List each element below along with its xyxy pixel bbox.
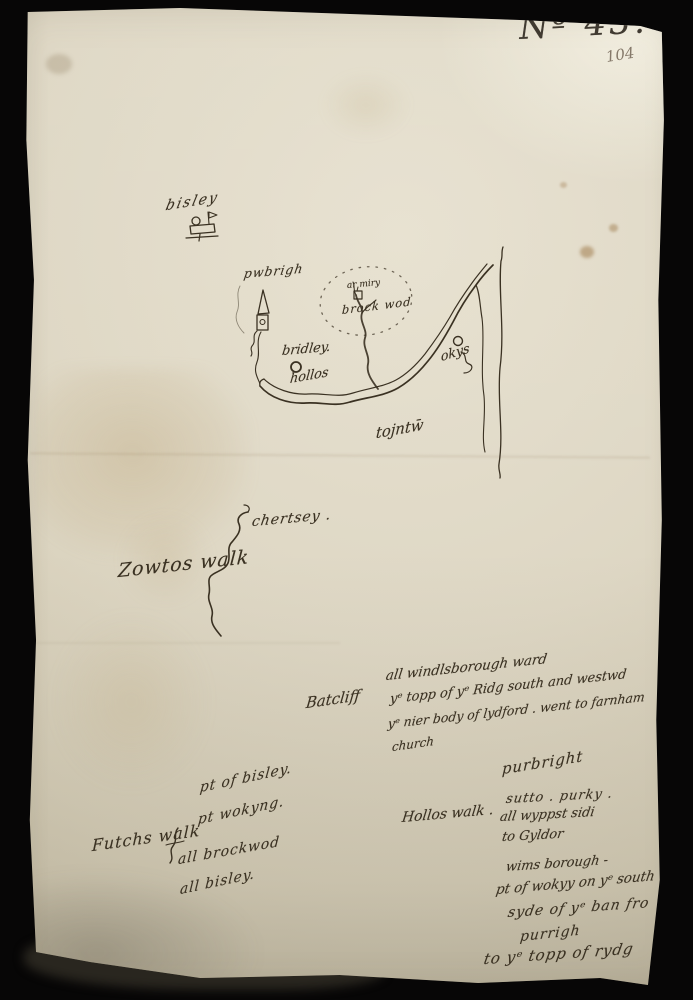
chertsey-squiggle bbox=[209, 512, 248, 636]
photograph-background: Nº 43. 104 103 bisley pwbrigh ar miry br… bbox=[0, 0, 693, 1000]
faint-number: 103 bbox=[619, 11, 645, 29]
archive-number: Nº 43. bbox=[518, 1, 649, 48]
pirbright-stream bbox=[255, 332, 261, 384]
manuscript-page: Nº 43. 104 103 bisley pwbrigh ar miry br… bbox=[0, 0, 693, 1000]
right-vertical-line-long bbox=[499, 247, 503, 478]
bisley-lodge-icon bbox=[186, 212, 218, 241]
chertsey-squiggle-hook bbox=[244, 505, 249, 512]
pirbright-church-icon bbox=[251, 290, 269, 356]
faint-left-squiggle bbox=[236, 286, 244, 333]
river-left-join bbox=[260, 379, 264, 386]
river-branch-right bbox=[476, 285, 482, 318]
right-vertical-line-short bbox=[482, 318, 485, 452]
